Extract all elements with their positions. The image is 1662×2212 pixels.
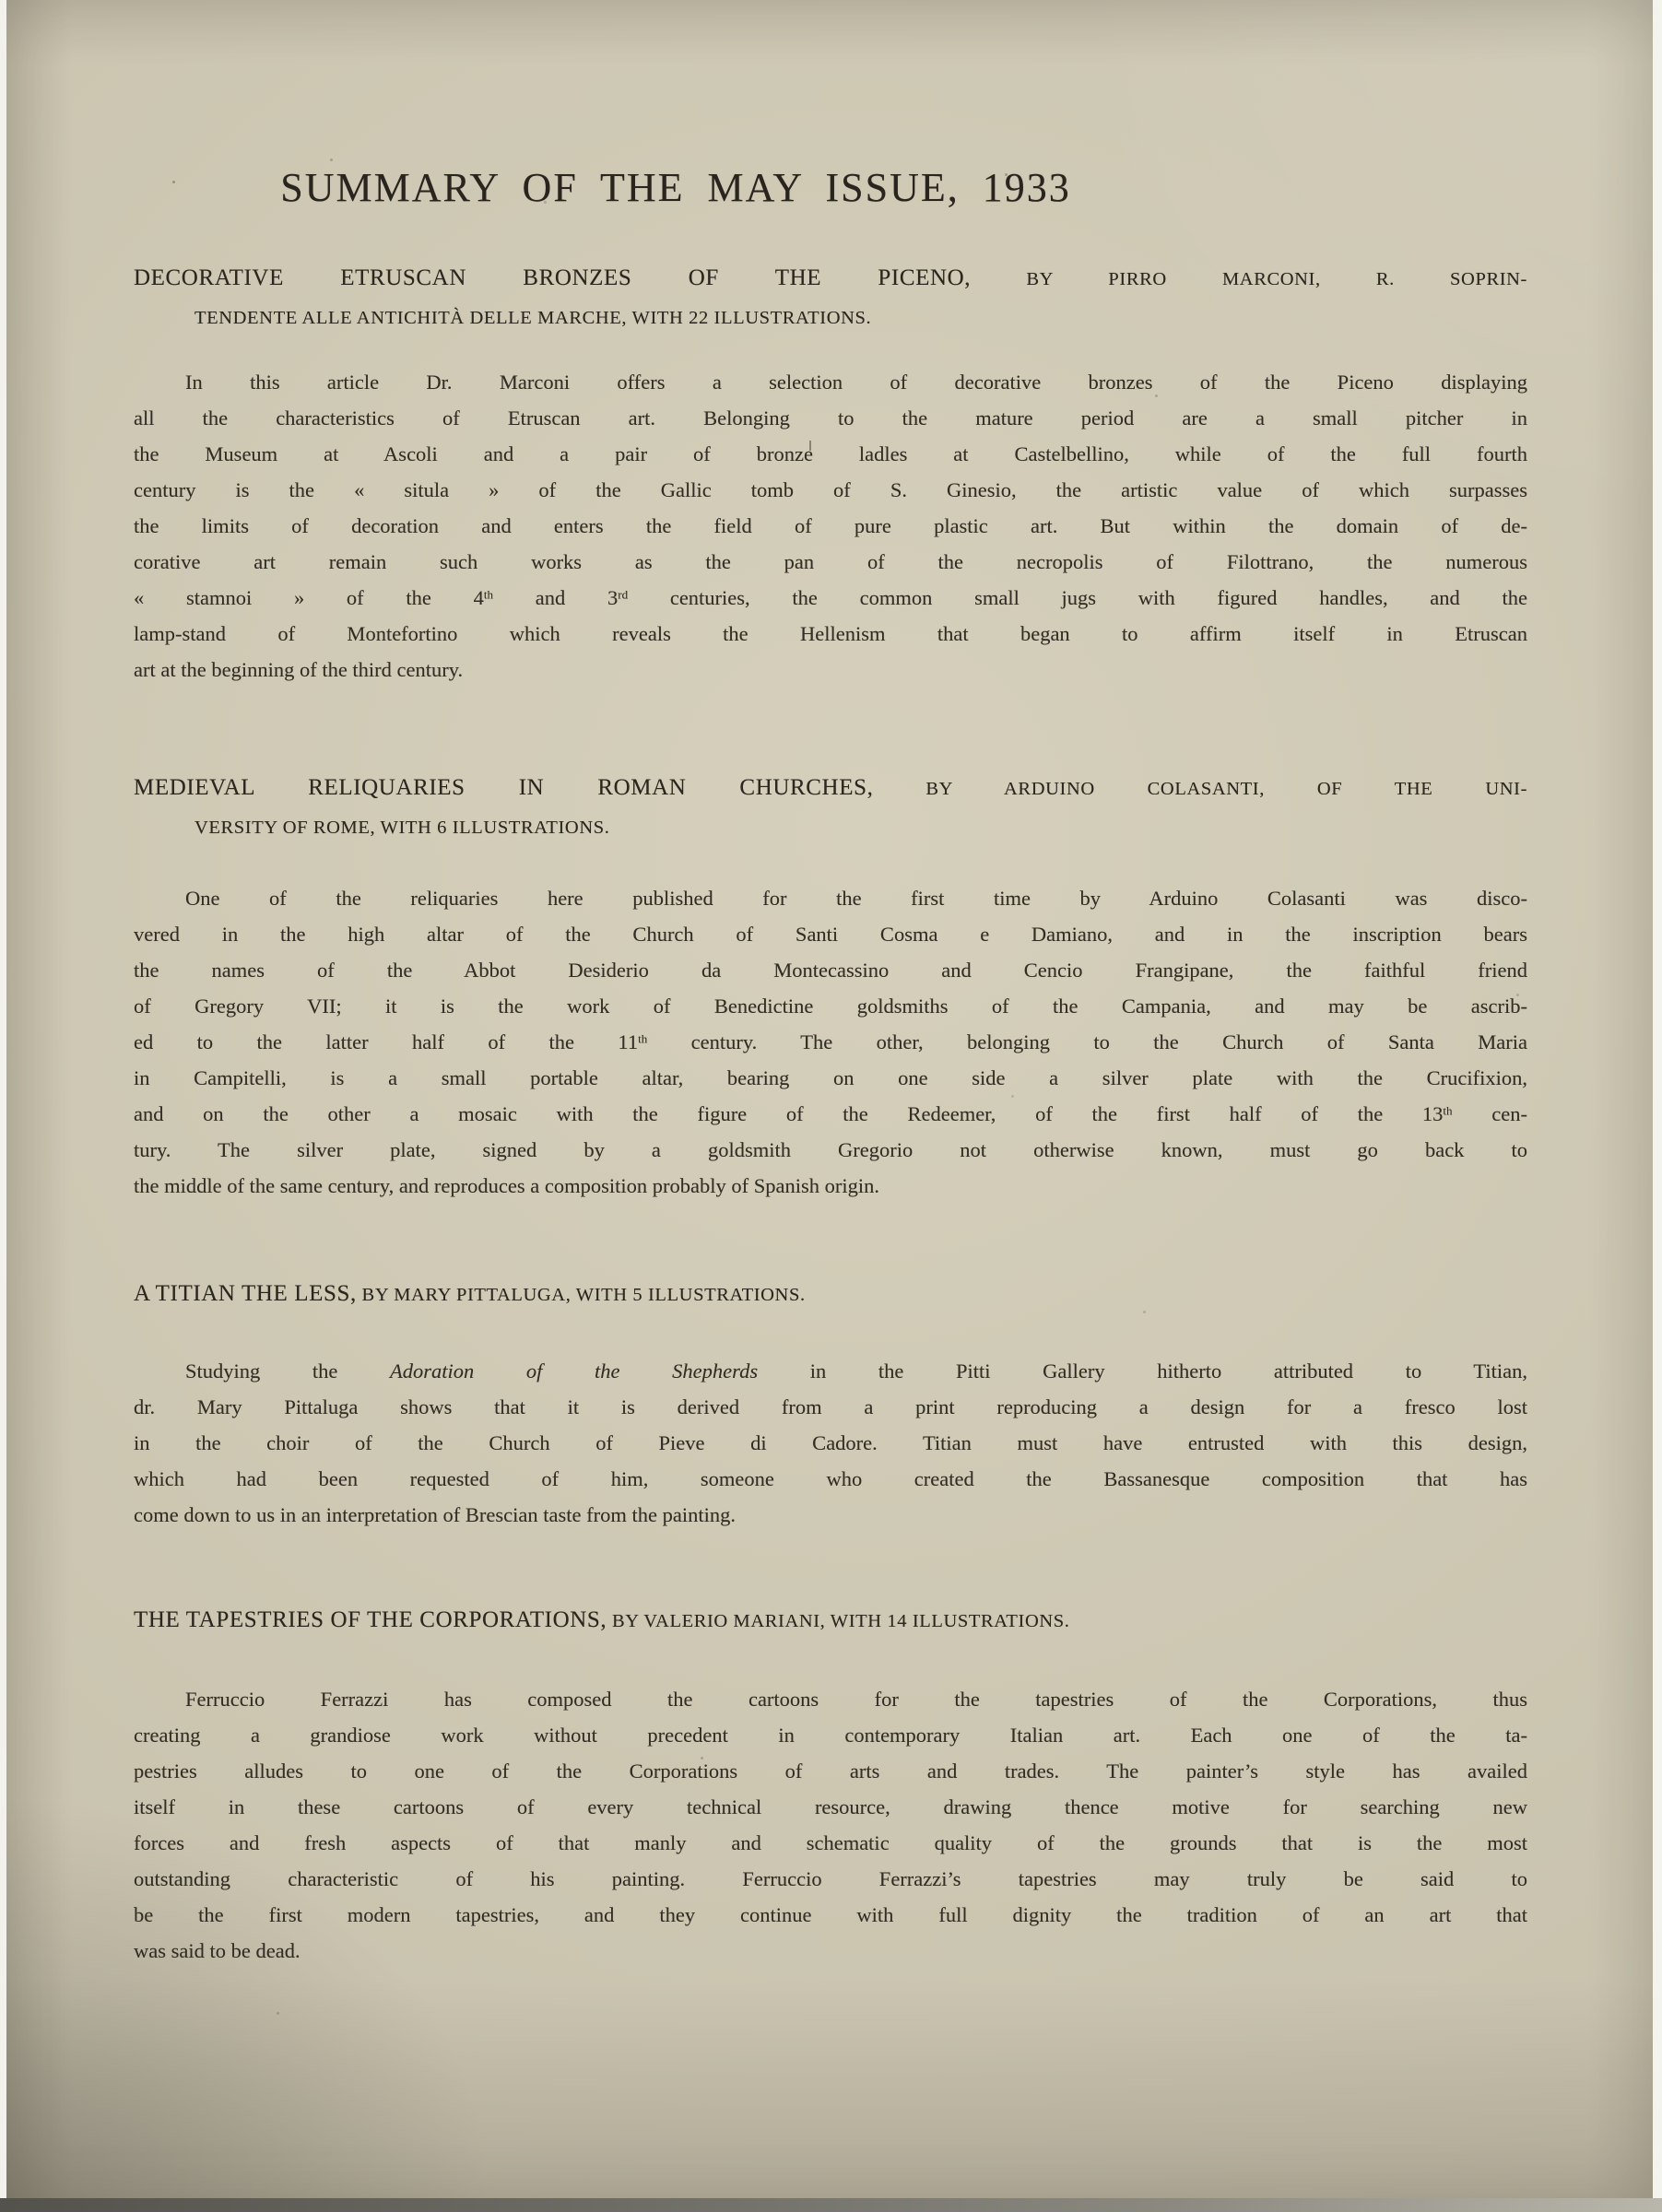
text-line: in the choir of the Church of Pieve di C…: [134, 1425, 1527, 1461]
text-segment: th: [484, 587, 493, 601]
text-line: One of the reliquaries here published fo…: [134, 880, 1527, 916]
text-line: which had been requested of him, someone…: [134, 1461, 1527, 1497]
text-line: was said to be dead.: [134, 1933, 1527, 1969]
text-segment: rd: [618, 587, 628, 601]
text-segment: itself in these cartoons of every techni…: [134, 1795, 1527, 1818]
text-segment: corative art remain such works as the pa…: [134, 550, 1527, 573]
text-line: century is the « situla » of the Gallic …: [134, 472, 1527, 508]
text-segment: the Museum at Ascoli and a pair of bronz…: [134, 442, 1527, 465]
text-line: art at the beginning of the third centur…: [134, 652, 1527, 688]
text-line: vered in the high altar of the Church of…: [134, 916, 1527, 952]
text-segment: cen-: [1453, 1102, 1527, 1125]
scanned-page: SUMMARY OF THE MAY ISSUE, 1933 DECORATIV…: [6, 0, 1653, 2198]
article-abstract: Studying the Adoration of the Shepherds …: [134, 1353, 1527, 1533]
text-segment: art at the beginning of the third centur…: [134, 658, 463, 681]
text-line: in Campitelli, is a small portable altar…: [134, 1060, 1527, 1096]
text-line: tury. The silver plate, signed by a gold…: [134, 1132, 1527, 1168]
text-segment: pestries alludes to one of the Corporati…: [134, 1759, 1527, 1783]
text-line: creating a grandiose work without preced…: [134, 1717, 1527, 1753]
text-segment: TENDENTE ALLE ANTICHITÀ DELLE MARCHE, WI…: [194, 308, 871, 328]
text-line: and on the other a mosaic with the figur…: [134, 1096, 1527, 1132]
article-heading: MEDIEVAL RELIQUARIES IN ROMAN CHURCHES, …: [134, 770, 1527, 848]
text-segment: the limits of decoration and enters the …: [134, 514, 1527, 537]
text-segment: BY PIRRO MARCONI, R. SOPRIN-: [971, 269, 1527, 289]
section-tapestries-of-the-corporations: THE TAPESTRIES OF THE CORPORATIONS, BY V…: [134, 1602, 1527, 1969]
article-abstract: Ferruccio Ferrazzi has composed the cart…: [134, 1681, 1527, 1969]
text-line: Studying the Adoration of the Shepherds …: [134, 1353, 1527, 1389]
text-line: ed to the latter half of the 11th centur…: [134, 1024, 1527, 1060]
text-segment: in the Pitti Gallery hitherto attributed…: [758, 1359, 1527, 1382]
page-title: SUMMARY OF THE MAY ISSUE, 1933: [0, 164, 1373, 212]
text-segment: MEDIEVAL RELIQUARIES IN ROMAN CHURCHES,: [134, 775, 873, 800]
text-line: A TITIAN THE LESS, BY MARY PITTALUGA, WI…: [134, 1276, 1527, 1315]
text-segment: BY VALERIO MARIANI, WITH 14 ILLUSTRATION…: [607, 1611, 1069, 1631]
text-segment: dr. Mary Pittaluga shows that it is deri…: [134, 1395, 1527, 1418]
text-segment: creating a grandiose work without preced…: [134, 1724, 1527, 1747]
text-segment: come down to us in an interpretation of …: [134, 1503, 736, 1526]
text-segment: th: [1443, 1103, 1452, 1117]
section-medieval-reliquaries: MEDIEVAL RELIQUARIES IN ROMAN CHURCHES, …: [134, 770, 1527, 1204]
text-line: the names of the Abbot Desiderio da Mont…: [134, 952, 1527, 988]
text-segment: tury. The silver plate, signed by a gold…: [134, 1138, 1527, 1161]
text-line: the middle of the same century, and repr…: [134, 1168, 1527, 1204]
text-segment: the names of the Abbot Desiderio da Mont…: [134, 959, 1527, 982]
text-segment: and 3: [493, 586, 618, 609]
text-segment: be the first modern tapestries, and they…: [134, 1903, 1527, 1926]
text-line: be the first modern tapestries, and they…: [134, 1897, 1527, 1933]
text-segment: all the characteristics of Etruscan art.…: [134, 406, 1527, 429]
text-line: In this article Dr. Marconi offers a sel…: [134, 364, 1527, 400]
text-segment: DECORATIVE ETRUSCAN BRONZES OF THE PICEN…: [134, 265, 971, 290]
text-segment: Ferruccio Ferrazzi has composed the cart…: [185, 1688, 1527, 1711]
text-segment: lamp-stand of Montefortino which reveals…: [134, 622, 1527, 645]
text-segment: the middle of the same century, and repr…: [134, 1174, 879, 1197]
text-line: come down to us in an interpretation of …: [134, 1497, 1527, 1533]
article-heading: DECORATIVE ETRUSCAN BRONZES OF THE PICEN…: [134, 260, 1527, 338]
text-line: corative art remain such works as the pa…: [134, 544, 1527, 580]
article-abstract: One of the reliquaries here published fo…: [134, 880, 1527, 1204]
text-segment: BY ARDUINO COLASANTI, OF THE UNI-: [873, 779, 1527, 799]
scan-edge-left: [0, 0, 6, 2198]
scanned-document: SUMMARY OF THE MAY ISSUE, 1933 DECORATIV…: [0, 0, 1662, 2212]
text-segment: Adoration of the Shepherds: [390, 1359, 758, 1382]
text-segment: and on the other a mosaic with the figur…: [134, 1102, 1443, 1125]
text-segment: in the choir of the Church of Pieve di C…: [134, 1431, 1527, 1454]
text-segment: centuries, the common small jugs with fi…: [628, 586, 1527, 609]
article-abstract: In this article Dr. Marconi offers a sel…: [134, 364, 1527, 688]
text-line: of Gregory VII; it is the work of Benedi…: [134, 988, 1527, 1024]
text-segment: Studying the: [185, 1359, 390, 1382]
section-decorative-etruscan-bronzes: DECORATIVE ETRUSCAN BRONZES OF THE PICEN…: [134, 260, 1527, 688]
text-line: forces and fresh aspects of that manly a…: [134, 1825, 1527, 1861]
text-segment: « stamnoi » of the 4: [134, 586, 484, 609]
text-line: lamp-stand of Montefortino which reveals…: [134, 616, 1527, 652]
text-segment: in Campitelli, is a small portable altar…: [134, 1066, 1527, 1089]
text-line: outstanding characteristic of his painti…: [134, 1861, 1527, 1897]
text-segment: A TITIAN THE LESS,: [134, 1281, 357, 1306]
text-segment: th: [638, 1031, 647, 1045]
text-line: DECORATIVE ETRUSCAN BRONZES OF THE PICEN…: [134, 260, 1527, 300]
text-segment: VERSITY OF ROME, WITH 6 ILLUSTRATIONS.: [194, 818, 609, 838]
text-segment: One of the reliquaries here published fo…: [185, 887, 1527, 910]
text-line: all the characteristics of Etruscan art.…: [134, 400, 1527, 436]
text-segment: century. The other, belonging to the Chu…: [647, 1030, 1527, 1053]
text-segment: ed to the latter half of the 11: [134, 1030, 638, 1053]
scan-edge-bottom-shadow: [0, 2198, 1662, 2212]
text-segment: was said to be dead.: [134, 1939, 301, 1962]
text-line: MEDIEVAL RELIQUARIES IN ROMAN CHURCHES, …: [134, 770, 1527, 809]
article-heading: THE TAPESTRIES OF THE CORPORATIONS, BY V…: [134, 1602, 1527, 1641]
text-segment: outstanding characteristic of his painti…: [134, 1867, 1527, 1890]
text-segment: In this article Dr. Marconi offers a sel…: [185, 371, 1527, 394]
article-heading: A TITIAN THE LESS, BY MARY PITTALUGA, WI…: [134, 1276, 1527, 1315]
scan-edge-right: [1653, 0, 1662, 2198]
text-line: dr. Mary Pittaluga shows that it is deri…: [134, 1389, 1527, 1425]
text-line: « stamnoi » of the 4th and 3rd centuries…: [134, 580, 1527, 616]
page-content: SUMMARY OF THE MAY ISSUE, 1933 DECORATIV…: [134, 0, 1527, 1969]
text-line: itself in these cartoons of every techni…: [134, 1789, 1527, 1825]
text-segment: century is the « situla » of the Gallic …: [134, 478, 1527, 501]
text-segment: forces and fresh aspects of that manly a…: [134, 1831, 1527, 1854]
text-segment: BY MARY PITTALUGA, WITH 5 ILLUSTRATIONS.: [357, 1285, 806, 1305]
text-segment: of Gregory VII; it is the work of Benedi…: [134, 994, 1527, 1018]
text-segment: THE TAPESTRIES OF THE CORPORATIONS,: [134, 1607, 607, 1632]
text-segment: which had been requested of him, someone…: [134, 1467, 1527, 1490]
text-line: pestries alludes to one of the Corporati…: [134, 1753, 1527, 1789]
text-line: TENDENTE ALLE ANTICHITÀ DELLE MARCHE, WI…: [134, 300, 1527, 338]
text-line: the limits of decoration and enters the …: [134, 508, 1527, 544]
text-line: the Museum at Ascoli and a pair of bronz…: [134, 436, 1527, 472]
text-line: VERSITY OF ROME, WITH 6 ILLUSTRATIONS.: [134, 809, 1527, 848]
text-line: THE TAPESTRIES OF THE CORPORATIONS, BY V…: [134, 1602, 1527, 1641]
section-a-titian-the-less: A TITIAN THE LESS, BY MARY PITTALUGA, WI…: [134, 1276, 1527, 1533]
text-line: Ferruccio Ferrazzi has composed the cart…: [134, 1681, 1527, 1717]
text-segment: vered in the high altar of the Church of…: [134, 923, 1527, 946]
